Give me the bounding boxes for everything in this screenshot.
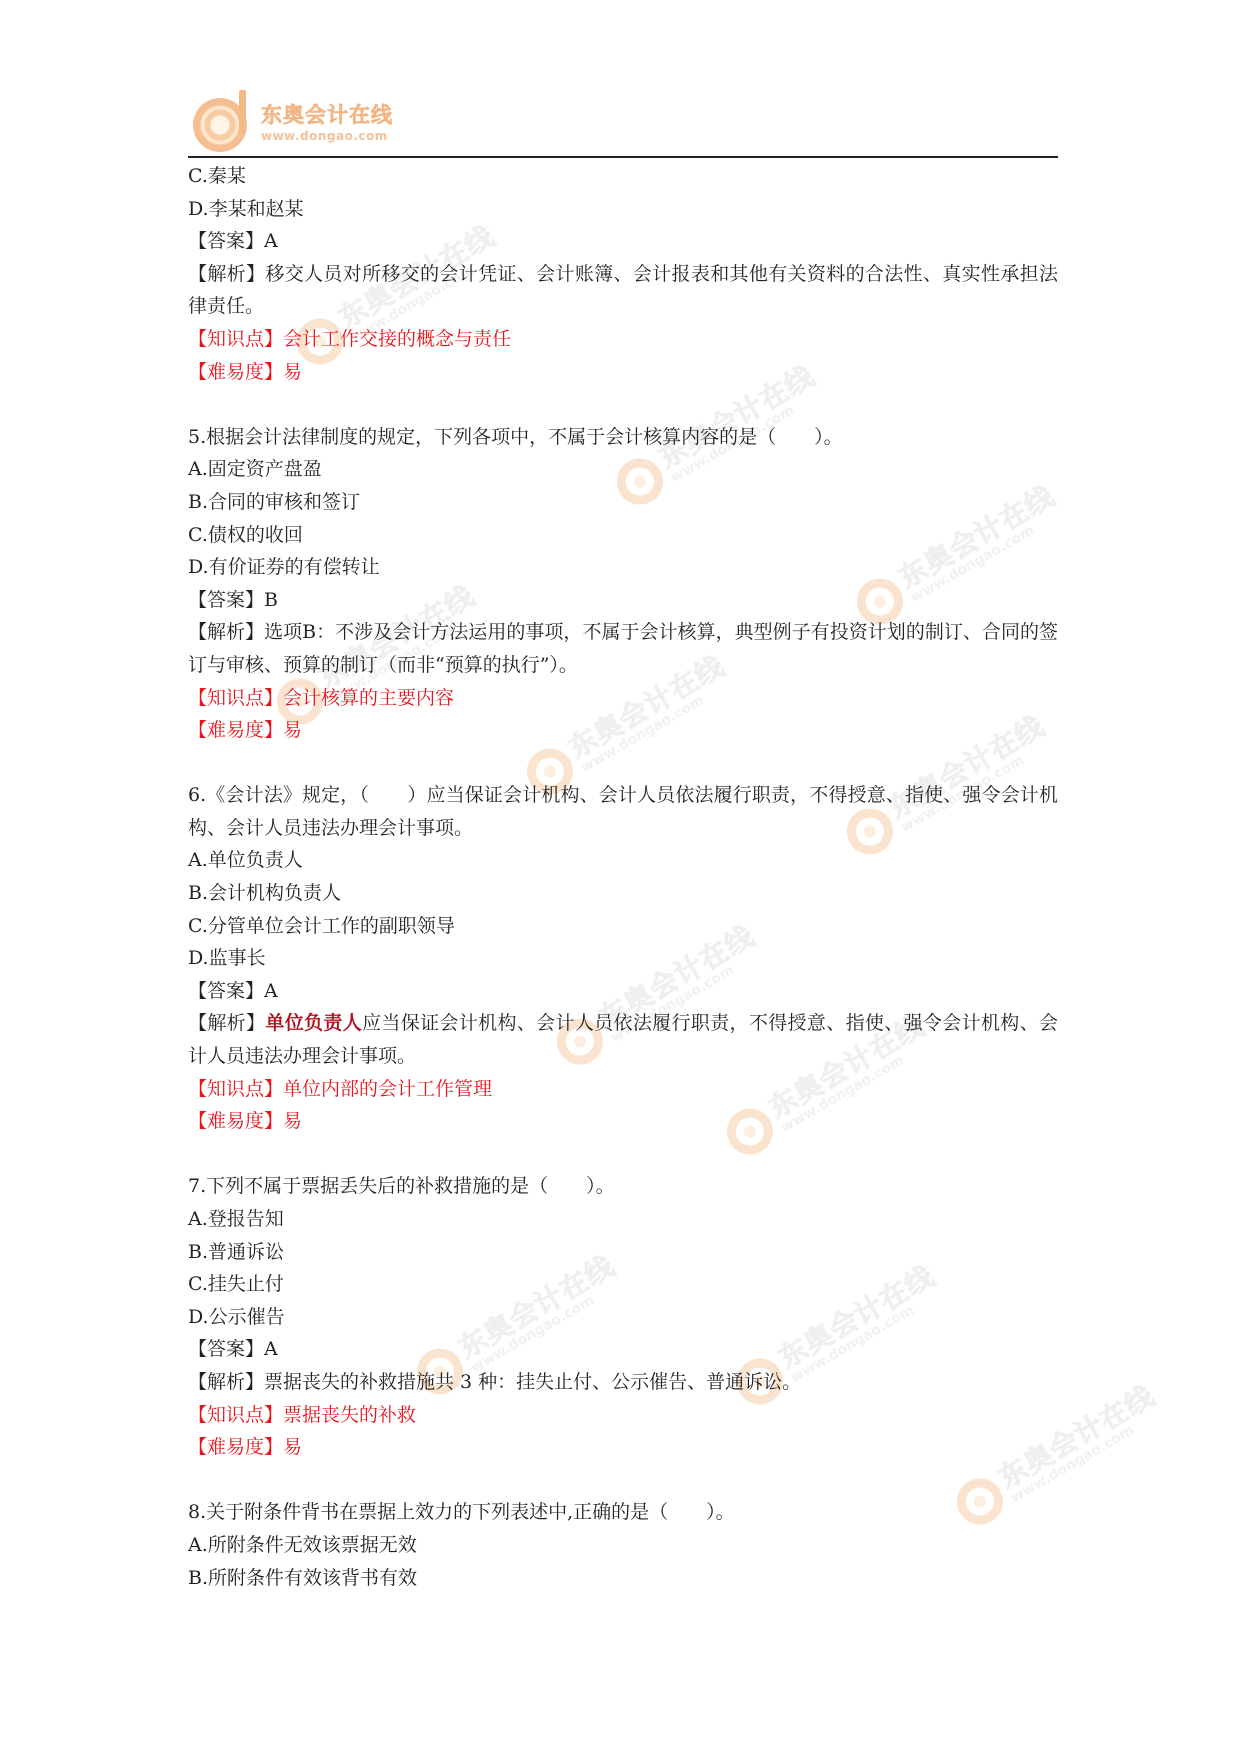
- analysis-line: 【解析】票据丧失的补救措施共 3 种：挂失止付、公示催告、普通诉讼。: [188, 1366, 1058, 1399]
- option: C.秦某: [188, 160, 1058, 193]
- difficulty: 【难易度】易: [188, 1431, 1058, 1464]
- difficulty: 【难易度】易: [188, 1105, 1058, 1138]
- option: A.固定资产盘盈: [188, 453, 1058, 486]
- question-stem: 7.下列不属于票据丢失后的补救措施的是（ ）。: [188, 1170, 1058, 1203]
- option: D.监事长: [188, 942, 1058, 975]
- difficulty: 【难易度】易: [188, 714, 1058, 747]
- knowledge-point: 【知识点】单位内部的会计工作管理: [188, 1073, 1058, 1106]
- option: D.公示催告: [188, 1301, 1058, 1334]
- analysis-line: 【解析】选项B：不涉及会计方法运用的事项，不属于会计核算，典型例子有投资计划的制…: [188, 616, 1058, 681]
- knowledge-point: 【知识点】会计工作交接的概念与责任: [188, 323, 1058, 356]
- question-block-8: 8.关于附条件背书在票据上效力的下列表述中,正确的是（ ）。 A.所附条件无效该…: [188, 1496, 1058, 1594]
- knowledge-point: 【知识点】会计核算的主要内容: [188, 682, 1058, 715]
- question-block-prev: C.秦某 D.李某和赵某 【答案】A 【解析】移交人员对所移交的会计凭证、会计账…: [188, 160, 1058, 388]
- difficulty: 【难易度】易: [188, 356, 1058, 389]
- answer-line: 【答案】A: [188, 975, 1058, 1008]
- answer-value: A: [264, 1338, 278, 1360]
- logo-mark-icon: [193, 90, 255, 152]
- option: B.合同的审核和签订: [188, 486, 1058, 519]
- answer-value: B: [264, 589, 278, 611]
- answer-line: 【答案】B: [188, 584, 1058, 617]
- option: C.挂失止付: [188, 1268, 1058, 1301]
- option: B.所附条件有效该背书有效: [188, 1562, 1058, 1595]
- analysis-line: 【解析】单位负责人应当保证会计机构、会计人员依法履行职责，不得授意、指使、强令会…: [188, 1007, 1058, 1072]
- question-stem: 5.根据会计法律制度的规定，下列各项中，不属于会计核算内容的是（ ）。: [188, 421, 1058, 454]
- answer-line: 【答案】A: [188, 1333, 1058, 1366]
- question-stem: 6.《会计法》规定，（ ）应当保证会计机构、会计人员依法履行职责，不得授意、指使…: [188, 779, 1058, 844]
- analysis-highlight: 单位负责人: [265, 1012, 362, 1034]
- page-header: 东奥会计在线 www.dongao.com: [188, 78, 1058, 160]
- question-stem: 8.关于附条件背书在票据上效力的下列表述中,正确的是（ ）。: [188, 1496, 1058, 1529]
- option: A.登报告知: [188, 1203, 1058, 1236]
- option: D.李某和赵某: [188, 193, 1058, 226]
- option: C.债权的收回: [188, 519, 1058, 552]
- knowledge-point: 【知识点】票据丧失的补救: [188, 1399, 1058, 1432]
- answer-value: A: [264, 230, 278, 252]
- brand-logo: 东奥会计在线 www.dongao.com: [193, 90, 393, 152]
- logo-url: www.dongao.com: [261, 129, 393, 143]
- option: D.有价证券的有偿转让: [188, 551, 1058, 584]
- option: B.普通诉讼: [188, 1236, 1058, 1269]
- logo-name: 东奥会计在线: [261, 99, 393, 129]
- option: A.单位负责人: [188, 844, 1058, 877]
- analysis-line: 【解析】移交人员对所移交的会计凭证、会计账簿、会计报表和其他有关资料的合法性、真…: [188, 258, 1058, 323]
- header-divider: [188, 156, 1058, 158]
- question-block-5: 5.根据会计法律制度的规定，下列各项中，不属于会计核算内容的是（ ）。 A.固定…: [188, 421, 1058, 747]
- question-block-6: 6.《会计法》规定，（ ）应当保证会计机构、会计人员依法履行职责，不得授意、指使…: [188, 779, 1058, 1138]
- option: B.会计机构负责人: [188, 877, 1058, 910]
- question-block-7: 7.下列不属于票据丢失后的补救措施的是（ ）。 A.登报告知 B.普通诉讼 C.…: [188, 1170, 1058, 1463]
- option: A.所附条件无效该票据无效: [188, 1529, 1058, 1562]
- answer-line: 【答案】A: [188, 225, 1058, 258]
- document-body: C.秦某 D.李某和赵某 【答案】A 【解析】移交人员对所移交的会计凭证、会计账…: [188, 160, 1058, 1594]
- option: C.分管单位会计工作的副职领导: [188, 910, 1058, 943]
- answer-value: A: [264, 980, 278, 1002]
